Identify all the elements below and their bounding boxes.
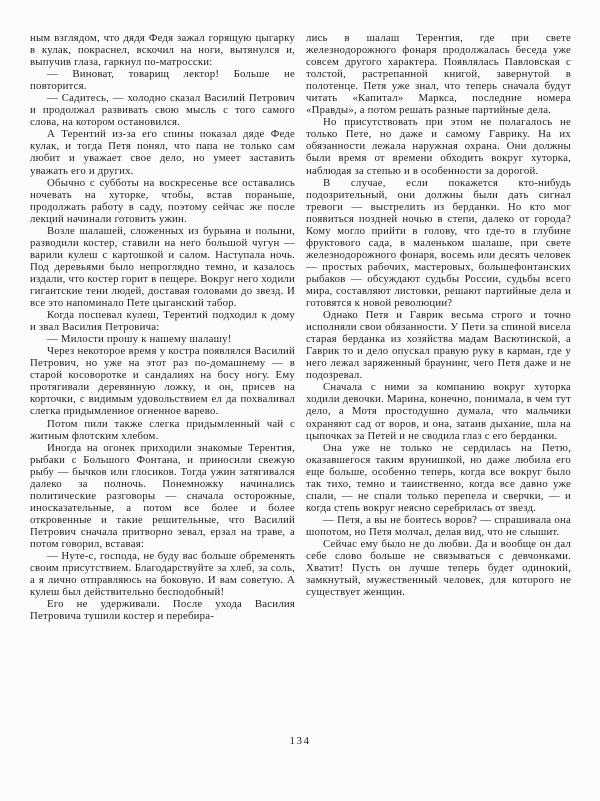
book-page: ным взглядом, что дядя Федя зажал горящу… [0,0,600,801]
left-column: ным взглядом, что дядя Федя зажал горящу… [30,32,295,622]
paragraph: Через некоторое время у костра появлялся… [30,345,295,417]
page-number: 134 [0,735,600,747]
paragraph: Но присутствовать при этом не полагалось… [306,116,571,176]
paragraph: Сейчас ему было не до любви. Да и вообще… [306,538,571,598]
paragraph: Возле шалашей, сложенных из бурьяна и по… [30,225,295,309]
paragraph: ным взглядом, что дядя Федя зажал горящу… [30,32,295,68]
paragraph: А Терентий из-за его спины показал дяде … [30,128,295,176]
paragraph: Она уже не только не сердилась на Петю, … [306,442,571,514]
text-columns: ным взглядом, что дядя Федя зажал горящу… [30,32,571,622]
paragraph: Иногда на огонек приходили знакомые Тере… [30,442,295,550]
paragraph: Обычно с субботы на воскресенье все оста… [30,177,295,225]
paragraph: — Петя, а вы не боитесь воров? — спрашив… [306,514,571,538]
paragraph: Когда поспевал кулеш, Терентий подходил … [30,309,295,333]
paragraph: — Нуте-с, господа, не буду вас больше об… [30,550,295,598]
paragraph: — Милости прошу к нашему шалашу! [30,333,295,345]
paragraph: В случае, если покажется кто-нибудь подо… [306,177,571,310]
paragraph: — Виноват, товарищ лектор! Больше не пов… [30,68,295,92]
paragraph: — Садитесь, — холодно сказал Василий Пет… [30,92,295,128]
paragraph: Однако Петя и Гаврик весьма строго и точ… [306,309,571,381]
paragraph: Его не удерживали. После ухода Василия П… [30,598,295,622]
paragraph: Потом пили также слегка придымленный чай… [30,418,295,442]
right-column: лись в шалаш Терентия, где при свете жел… [306,32,571,622]
paragraph: Сначала с ними за компанию вокруг хуторк… [306,381,571,441]
paragraph: лись в шалаш Терентия, где при свете жел… [306,32,571,116]
